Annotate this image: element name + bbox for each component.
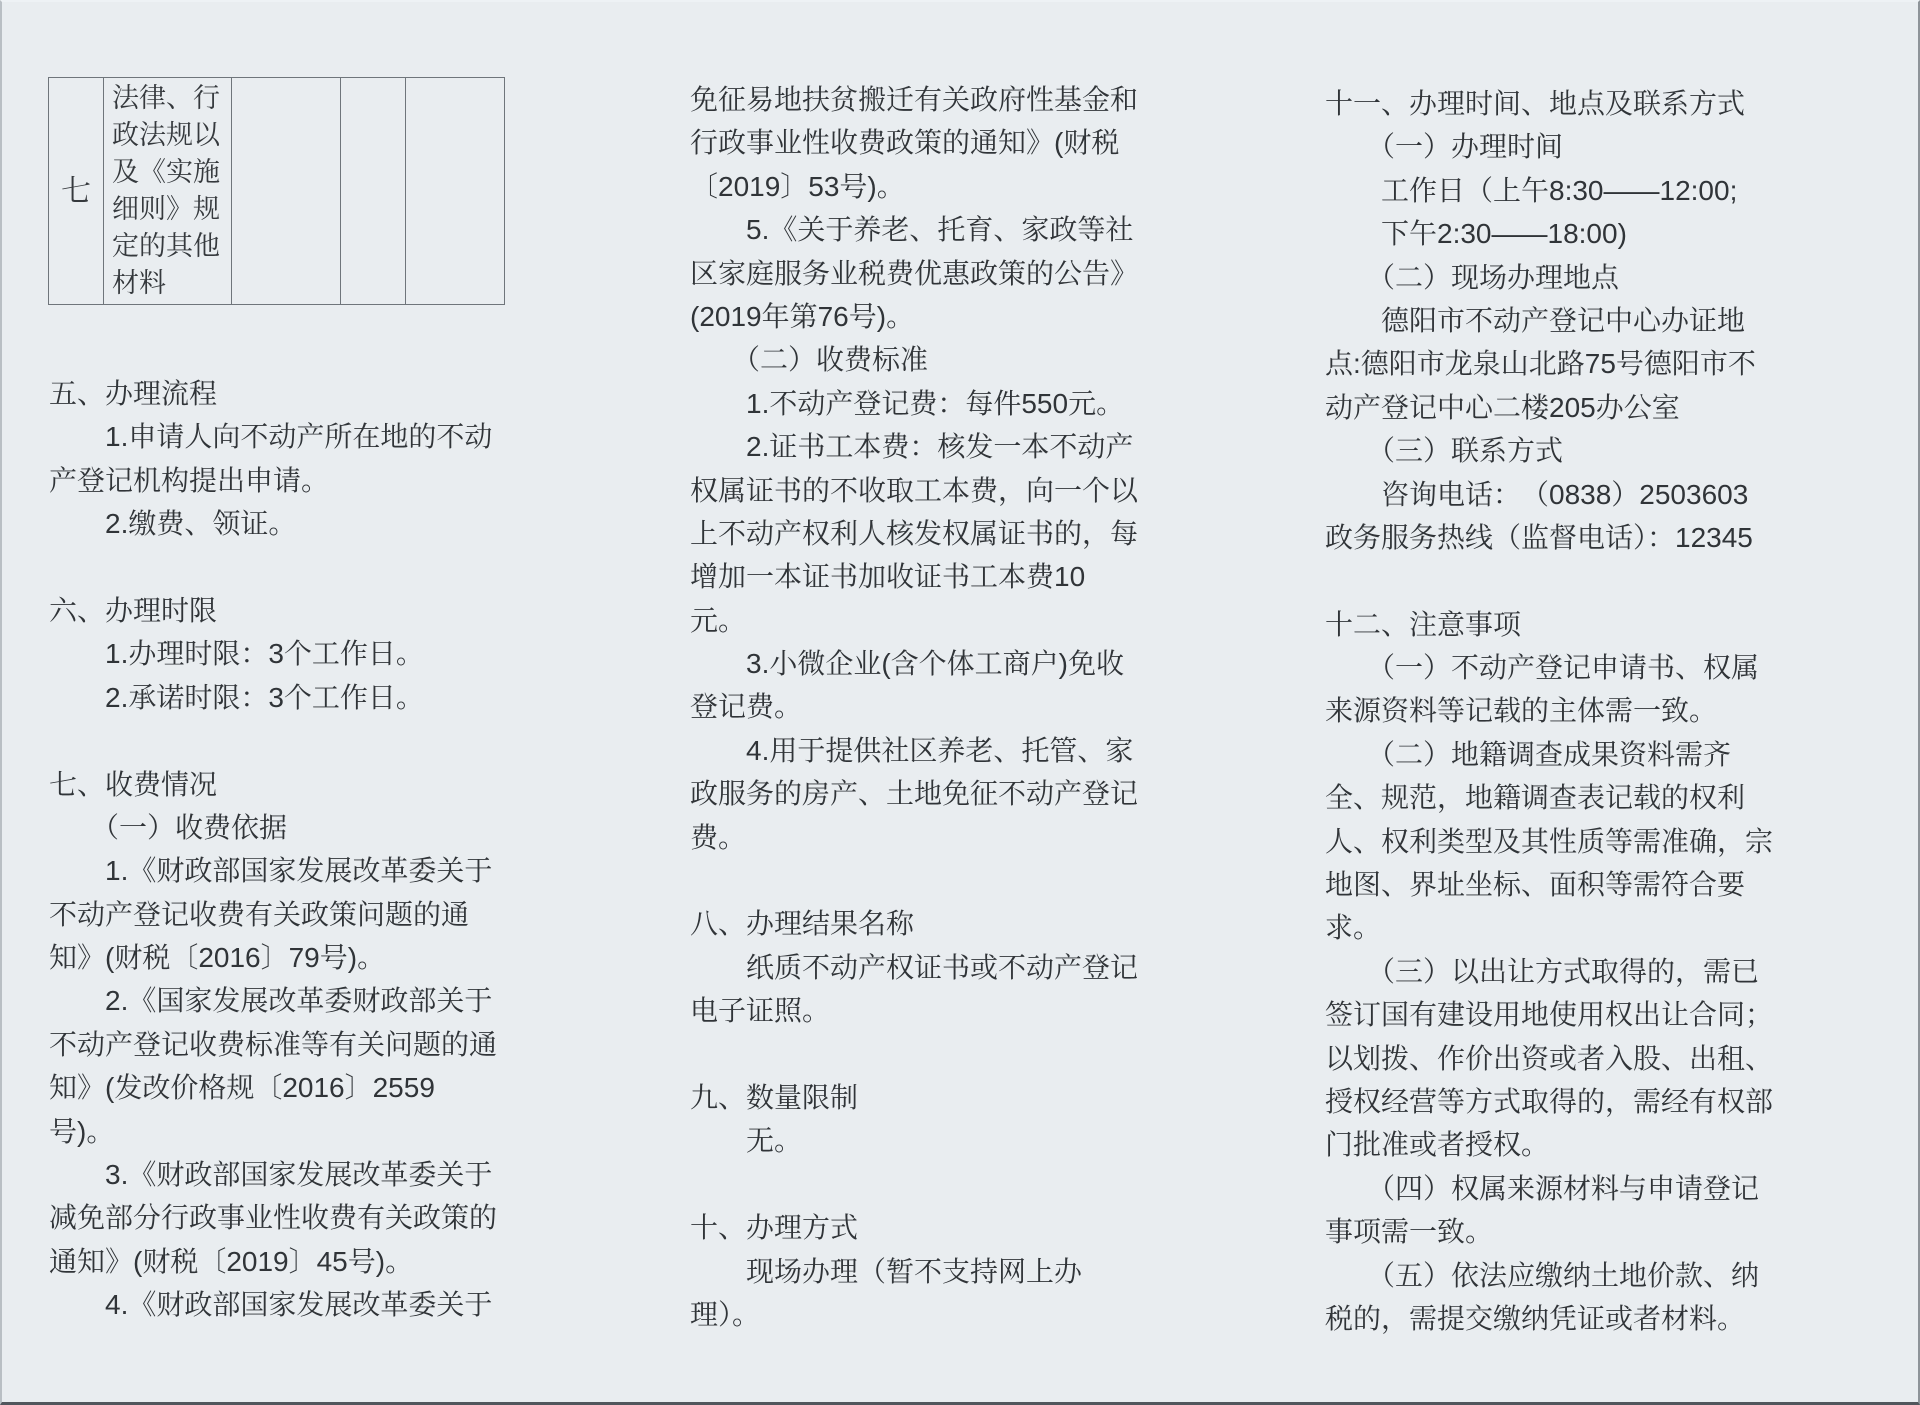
text-line: 3.小微企业(含个体工商户)免收 (690, 642, 1138, 685)
text-line: 全、规范，地籍调查表记载的权利 (1325, 776, 1773, 819)
text-line: 产登记机构提出申请。 (49, 459, 497, 502)
text-line: 减免部分行政事业性收费有关政策的 (49, 1196, 497, 1239)
text-line: 不动产登记收费标准等有关问题的通 (49, 1023, 497, 1066)
text-line: 4.用于提供社区养老、托管、家 (690, 729, 1138, 772)
text-line: 2.《国家发展改革委财政部关于 (49, 979, 497, 1022)
text-line: 知》(财税〔2016〕79号)。 (49, 936, 497, 979)
text-line: 十一、办理时间、地点及联系方式 (1325, 82, 1773, 125)
text-line: 知》(发改价格规〔2016〕2559 (49, 1066, 497, 1109)
text-line: 现场办理（暂不支持网上办 (690, 1250, 1138, 1293)
text-line: 通知》(财税〔2019〕45号)。 (49, 1240, 497, 1283)
text-line: 十二、注意事项 (1325, 603, 1773, 646)
text-line: 2.证书工本费：核发一本不动产 (690, 425, 1138, 468)
text-line: 以划拨、作价出资或者入股、出租、 (1325, 1037, 1773, 1080)
text-line: 德阳市不动产登记中心办证地 (1325, 299, 1773, 342)
text-line: 2.承诺时限：3个工作日。 (49, 676, 497, 719)
text-line: （一）办理时间 (1325, 125, 1773, 168)
text-line: 号)。 (49, 1110, 497, 1153)
text-line: 政务服务热线（监督电话）：12345 (1325, 516, 1773, 559)
text-line (690, 859, 1138, 902)
text-line: 元。 (690, 599, 1138, 642)
text-line: (2019年第76号)。 (690, 295, 1138, 338)
text-line: 税的，需提交缴纳凭证或者材料。 (1325, 1297, 1773, 1340)
text-line: 政服务的房产、土地免征不动产登记 (690, 772, 1138, 815)
left-text-column: 五、办理流程 1.申请人向不动产所在地的不动产登记机构提出申请。 2.缴费、领证… (49, 372, 497, 1327)
table-cell-empty-3 (406, 78, 504, 304)
text-line: 区家庭服务业税费优惠政策的公告》 (690, 252, 1138, 295)
table-cell-material-name: 法律、行政法规以及《实施细则》规定的其他材料 (104, 78, 232, 304)
text-line (49, 546, 497, 589)
text-line: 〔2019〕53号)。 (690, 165, 1138, 208)
text-line: 人、权利类型及其性质等需准确，宗 (1325, 820, 1773, 863)
text-line: （四）权属来源材料与申请登记 (1325, 1167, 1773, 1210)
text-line: 理）。 (690, 1293, 1138, 1336)
text-line (1325, 559, 1773, 602)
text-line: 1.《财政部国家发展改革委关于 (49, 849, 497, 892)
text-line: 电子证照。 (690, 989, 1138, 1032)
table-cell-empty-1 (232, 78, 341, 304)
materials-table: 七 法律、行政法规以及《实施细则》规定的其他材料 (48, 77, 505, 305)
text-line: 授权经营等方式取得的，需经有权部 (1325, 1080, 1773, 1123)
text-line: 免征易地扶贫搬迁有关政府性基金和 (690, 78, 1138, 121)
table-cell-sequence: 七 (49, 78, 104, 304)
text-line: 不动产登记收费有关政策问题的通 (49, 893, 497, 936)
service-guide-page: 七 法律、行政法规以及《实施细则》规定的其他材料 五、办理流程 1.申请人向不动… (0, 0, 1920, 1405)
text-line: 七、收费情况 (49, 763, 497, 806)
text-line: 咨询电话： （0838）2503603 (1325, 473, 1773, 516)
text-line: 登记费。 (690, 685, 1138, 728)
text-line: 下午2:30——18:00) (1325, 212, 1773, 255)
text-line: （一）收费依据 (49, 806, 497, 849)
text-line: （五）依法应缴纳土地价款、纳 (1325, 1254, 1773, 1297)
text-line: 六、办理时限 (49, 589, 497, 632)
text-line: 九、数量限制 (690, 1076, 1138, 1119)
text-line: （三）联系方式 (1325, 429, 1773, 472)
text-line: 5.《关于养老、托育、家政等社 (690, 208, 1138, 251)
text-line: 上不动产权利人核发权属证书的，每 (690, 512, 1138, 555)
text-line: （三）以出让方式取得的，需已 (1325, 950, 1773, 993)
text-line: 2.缴费、领证。 (49, 502, 497, 545)
text-line: 签订国有建设用地使用权出让合同； (1325, 993, 1773, 1036)
text-line: 动产登记中心二楼205办公室 (1325, 386, 1773, 429)
text-line: 3.《财政部国家发展改革委关于 (49, 1153, 497, 1196)
text-line: 1.办理时限：3个工作日。 (49, 632, 497, 675)
text-line: 费。 (690, 816, 1138, 859)
text-line: 1.申请人向不动产所在地的不动 (49, 415, 497, 458)
text-line: 十、办理方式 (690, 1206, 1138, 1249)
text-line (690, 1033, 1138, 1076)
text-line: 工作日（上午8:30——12:00; (1325, 169, 1773, 212)
text-line: 行政事业性收费政策的通知》(财税 (690, 121, 1138, 164)
text-line: 增加一本证书加收证书工本费10 (690, 555, 1138, 598)
text-line: 五、办理流程 (49, 372, 497, 415)
text-line: 点:德阳市龙泉山北路75号德阳市不 (1325, 342, 1773, 385)
text-line: 地图、界址坐标、面积等需符合要 (1325, 863, 1773, 906)
right-text-column: 十一、办理时间、地点及联系方式 （一）办理时间 工作日（上午8:30——12:0… (1325, 82, 1773, 1340)
text-line: 事项需一致。 (1325, 1210, 1773, 1253)
text-line: 纸质不动产权证书或不动产登记 (690, 946, 1138, 989)
text-line: 1.不动产登记费：每件550元。 (690, 382, 1138, 425)
text-line: 权属证书的不收取工本费，向一个以 (690, 469, 1138, 512)
text-line: 门批准或者授权。 (1325, 1123, 1773, 1166)
text-line: （二）现场办理地点 (1325, 256, 1773, 299)
text-line: 无。 (690, 1119, 1138, 1162)
table-cell-empty-2 (341, 78, 406, 304)
middle-text-column: 免征易地扶贫搬迁有关政府性基金和行政事业性收费政策的通知》(财税〔2019〕53… (690, 78, 1138, 1336)
text-line (49, 719, 497, 762)
text-line: 八、办理结果名称 (690, 902, 1138, 945)
text-line: 4.《财政部国家发展改革委关于 (49, 1283, 497, 1326)
text-line: （一）不动产登记申请书、权属 (1325, 646, 1773, 689)
text-line (690, 1163, 1138, 1206)
text-line: 求。 (1325, 906, 1773, 949)
text-line: （二）地籍调查成果资料需齐 (1325, 733, 1773, 776)
text-line: 来源资料等记载的主体需一致。 (1325, 689, 1773, 732)
text-line: （二）收费标准 (690, 338, 1138, 381)
